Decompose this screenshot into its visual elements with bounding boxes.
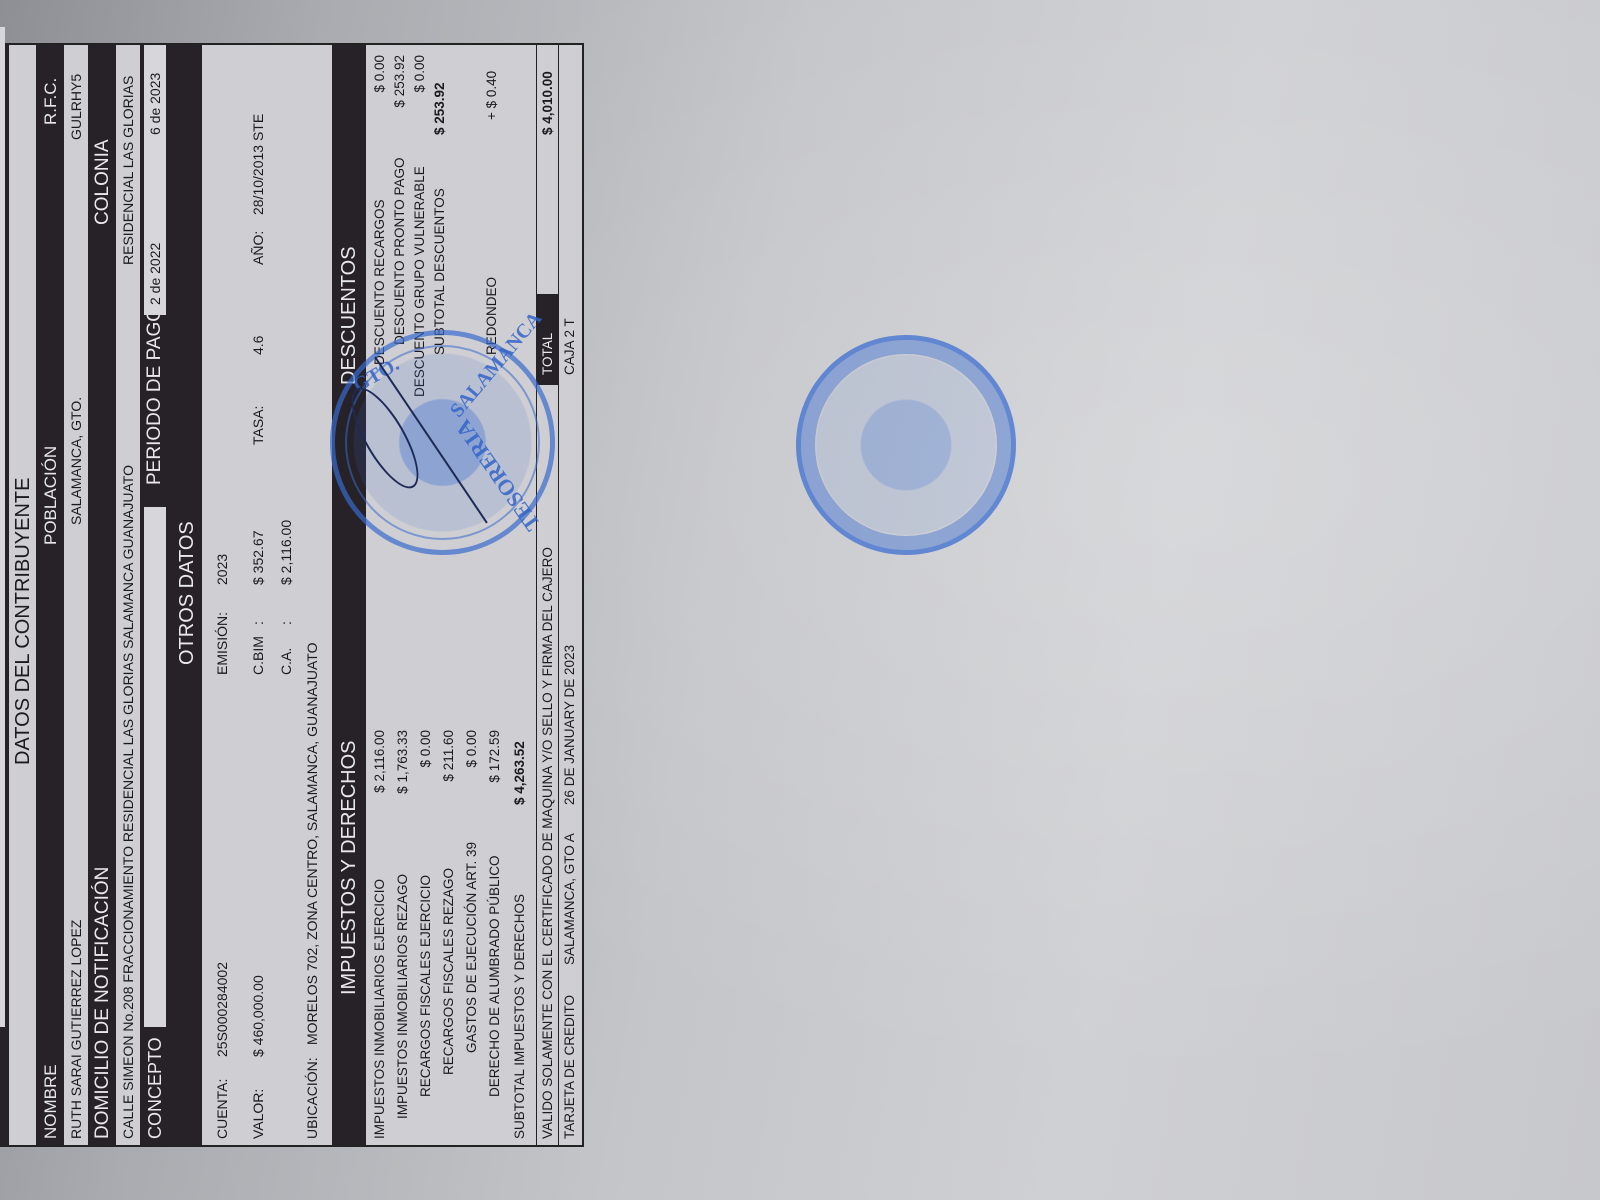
rate-label: TASA: xyxy=(250,406,266,445)
year-label: AÑO: xyxy=(250,231,266,265)
issue-label: EMISIÓN: xyxy=(214,612,230,675)
taxpayer-rfc: GULRHY5 xyxy=(68,74,84,140)
tax-item-amount: $ 172.59 xyxy=(487,730,502,783)
tax-item-label: RECARGOS FISCALES REZAGO xyxy=(441,868,456,1075)
taxpayer-labels-row: NOMBRE POBLACIÓN R.F.C. xyxy=(36,45,64,1145)
other-data-title: OTROS DATOS xyxy=(176,521,199,665)
treasury-seal-stamp xyxy=(796,335,1016,555)
validity-row: VALIDO SOLAMENTE CON EL CERTIFICADO DE M… xyxy=(536,45,559,1145)
total-label: TOTAL xyxy=(540,333,555,375)
discount-item-amount: $ 0.00 xyxy=(372,55,387,93)
payment-period-to: 6 de 2023 xyxy=(147,73,163,135)
discount-item-amount: $ 253.92 xyxy=(392,55,407,108)
tax-item-amount: $ 211.60 xyxy=(441,730,456,782)
tax-item-amount: $ 0.00 xyxy=(418,730,433,768)
taxes-title: IMPUESTOS Y DERECHOS xyxy=(338,740,361,995)
concept-value xyxy=(144,507,166,1027)
concept-label: CONCEPTO xyxy=(145,1037,166,1139)
tax-item-amount: $ 2,116.00 xyxy=(372,730,387,793)
discount-item-label: DESCUENTO RECARGOS xyxy=(372,199,387,365)
payment-method: TARJETA DE CREDITO xyxy=(562,995,577,1139)
value-label: VALOR: xyxy=(250,1089,266,1139)
taxpayer-values-row: RUTH SARAI GUTIERREZ LOPEZ SALAMANCA, GT… xyxy=(64,45,88,1145)
taxpayer-town: SALAMANCA, GTO. xyxy=(68,397,84,525)
taxpayer-address: CALLE SIMEON No.208 FRACCIONAMIENTO RESI… xyxy=(120,465,136,1139)
tax-item-amount: $ 0.00 xyxy=(464,730,479,768)
name-label: NOMBRE xyxy=(41,1064,61,1139)
location-value: MORELOS 702, ZONA CENTRO, SALAMANCA, GUA… xyxy=(304,643,320,1045)
payment-date: 26 DE JANUARY DE 2023 xyxy=(562,645,577,805)
taxpayer-section-header: DATOS DEL CONTRIBUYENTE xyxy=(8,45,37,1145)
neighborhood-label: COLONIA xyxy=(92,139,114,225)
income-label: INGRESO POR xyxy=(0,1019,5,1139)
tax-item-label: IMPUESTOS INMOBILIARIOS REZAGO xyxy=(395,874,410,1119)
payment-place: SALAMANCA, GTO A xyxy=(562,833,577,965)
cbim-label: C.BIM xyxy=(250,636,266,675)
taxes-subtotal-label: SUBTOTAL IMPUESTOS Y DERECHOS xyxy=(512,894,527,1139)
taxpayer-name: RUTH SARAI GUTIERREZ LOPEZ xyxy=(68,920,84,1139)
concept-period-row: CONCEPTO PERIODO DE PAGO 2 de 2022 6 de … xyxy=(140,45,170,1145)
year-value: 28/10/2013 STE xyxy=(250,114,266,215)
discounts-title: DESCUENTOS xyxy=(338,246,361,385)
rate-value: 4.6 xyxy=(250,336,266,355)
income-row: INGRESO POR IMPUESTO PREDIAL PREDIO URBA… xyxy=(0,45,8,1145)
discount-item-label: DESCUENTO PRONTO PAGO xyxy=(392,157,407,345)
payment-row: TARJETA DE CREDITO SALAMANCA, GTO A 26 D… xyxy=(558,45,581,1145)
tax-item-label: GASTOS DE EJECUCIÓN ART. 39 xyxy=(464,842,479,1053)
account-label: CUENTA: xyxy=(214,1079,230,1139)
tax-item-label: IMPUESTOS INMOBILIARIOS EJERCICIO xyxy=(372,879,387,1139)
discount-item-amount: $ 0.00 xyxy=(412,55,427,93)
taxes-discounts-body: IMPUESTOS INMOBILIARIOS EJERCICIO$ 2,116… xyxy=(366,45,536,1145)
ca-label: C.A. xyxy=(278,648,294,675)
taxpayer-section-title: DATOS DEL CONTRIBUYENTE xyxy=(12,478,35,765)
cbim-value: $ 352.67 xyxy=(250,531,266,586)
other-data-header: OTROS DATOS xyxy=(170,45,202,1145)
receipt-document: TESORERÍA MUNICIPAL DE SALAMANCA, GTO. P… xyxy=(0,35,585,1155)
discounts-subtotal: $ 253.92 xyxy=(432,82,447,135)
other-data-block: CUENTA: 25S000284002 EMISIÓN: 2023 VALOR… xyxy=(202,45,332,1145)
income-value: IMPUESTO PREDIAL PREDIO URBANO xyxy=(0,692,5,1005)
tax-item-label: RECARGOS FISCALES EJERCICIO xyxy=(418,875,433,1097)
tax-item-label: DERECHO DE ALUMBRADO PÚBLICO xyxy=(487,855,502,1097)
payment-period-label: PERIODO DE PAGO xyxy=(144,307,166,485)
location-label: UBICACIÓN: xyxy=(304,1057,320,1139)
validity-note: VALIDO SOLAMENTE CON EL CERTIFICADO DE M… xyxy=(540,547,555,1139)
taxes-subtotal: $ 4,263.52 xyxy=(512,741,527,805)
receipt-table: INGRESO POR IMPUESTO PREDIAL PREDIO URBA… xyxy=(0,43,584,1147)
account-number: 25S000284002 xyxy=(214,962,230,1057)
cashier-box: CAJA 2 T xyxy=(562,318,577,375)
address-values-row: CALLE SIMEON No.208 FRACCIONAMIENTO RESI… xyxy=(116,45,140,1145)
issue-year: 2023 xyxy=(214,554,230,585)
rfc-label: R.F.C. xyxy=(41,78,61,125)
tax-item-amount: $ 1,763.33 xyxy=(395,730,410,794)
ca-value: $ 2,116.00 xyxy=(278,520,294,585)
rounding-value: + $ 0.40 xyxy=(484,71,499,120)
taxes-discounts-header: IMPUESTOS Y DERECHOS DESCUENTOS xyxy=(332,45,366,1145)
taxpayer-neighborhood: RESIDENCIAL LAS GLORIAS xyxy=(120,76,136,265)
town-label: POBLACIÓN xyxy=(41,446,61,545)
address-label: DOMICILIO DE NOTIFICACIÓN xyxy=(92,867,114,1139)
payment-period-from: 2 de 2022 xyxy=(147,243,163,305)
address-labels-row: DOMICILIO DE NOTIFICACIÓN COLONIA xyxy=(88,45,116,1145)
property-value: $ 460,000.00 xyxy=(250,975,266,1057)
total-amount: $ 4,010.00 xyxy=(540,71,555,135)
